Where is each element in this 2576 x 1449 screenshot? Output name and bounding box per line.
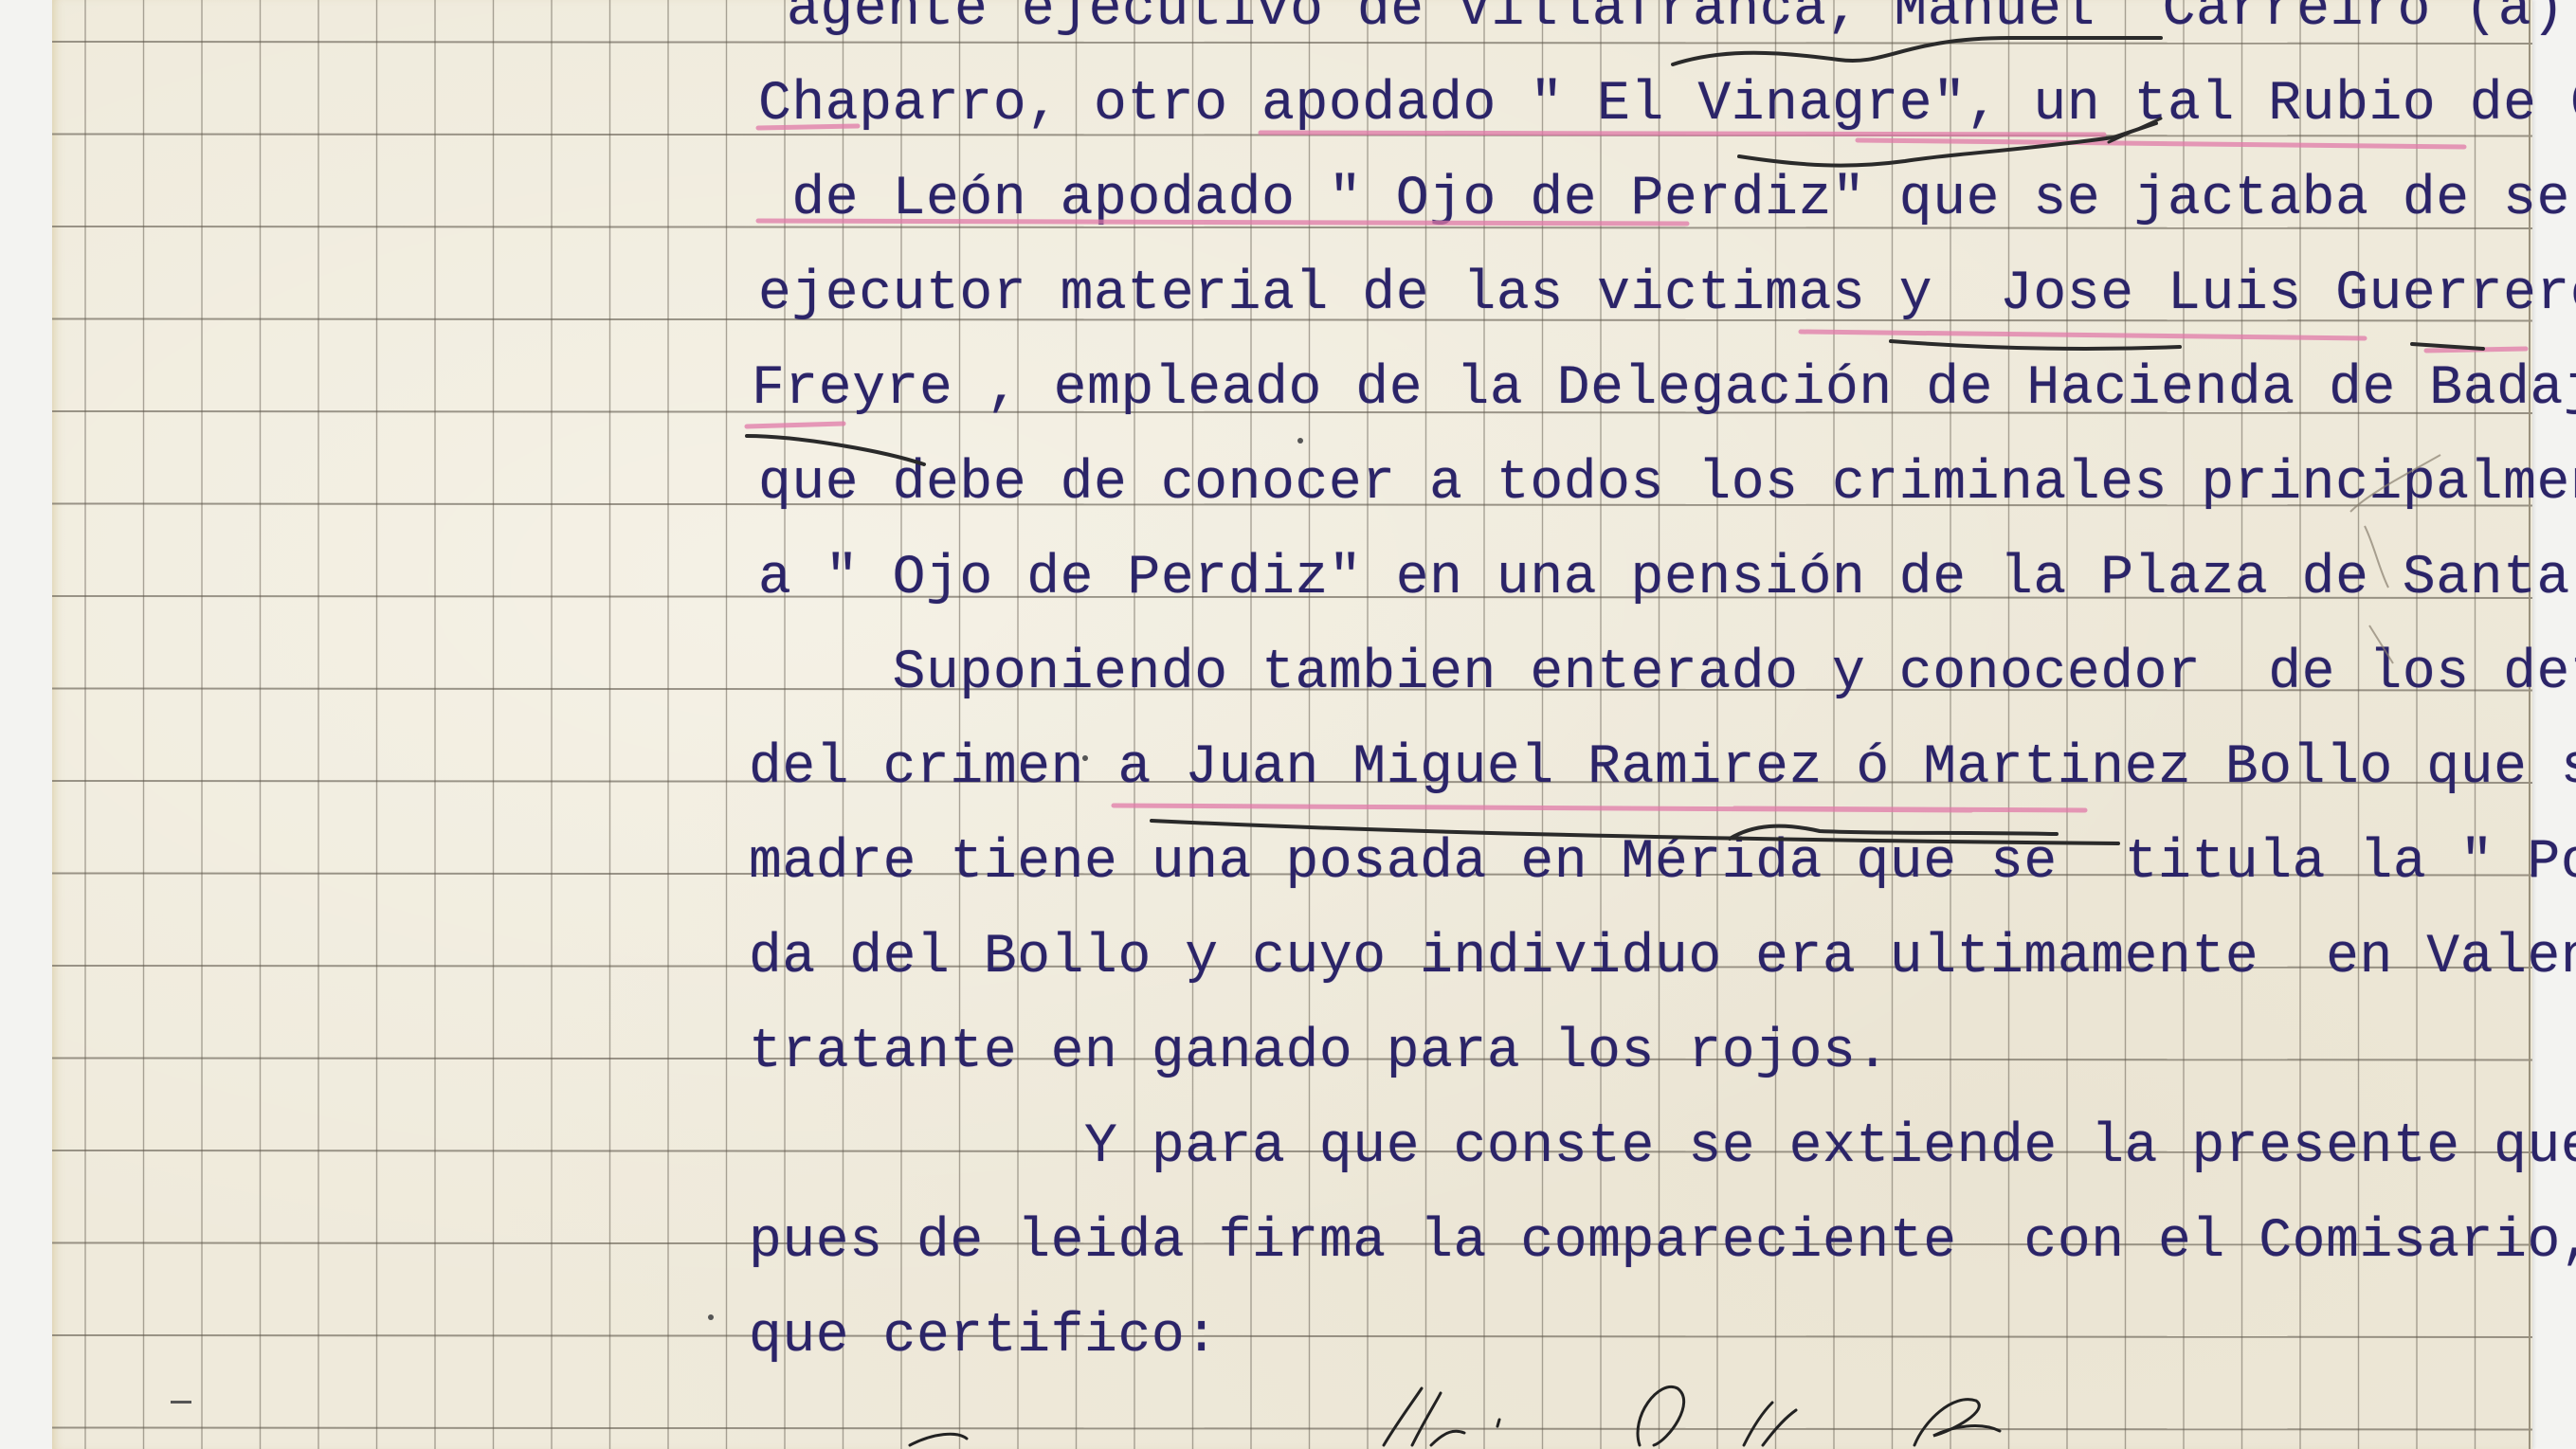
text-line: madre tiene una posada en Mérida que se … [749,832,2576,894]
text-line: Freyre , empleado de la Delegación de Ha… [752,358,2576,420]
text-line: pues de leida firma la compareciente con… [749,1211,2576,1273]
text-line: Chaparro, otro apodado " El Vinagre", un… [758,74,2576,136]
text-line: que debe de conocer a todos los criminal… [758,453,2576,515]
text-line: que certifico: [749,1306,1219,1367]
text-line: Suponiendo tambien enterado y conocedor … [758,643,2576,704]
text-line: a " Ojo de Perdiz" en una pensión de la … [758,548,2576,609]
text-line: agente ejecutivo de Villafranca, Manuel … [787,0,2576,41]
text-line: del crimen a Juan Miguel Ramirez ó Marti… [749,737,2576,799]
text-line: tratante en ganado para los rojos. [749,1022,1890,1083]
text-line: de León apodado " Ojo de Perdiz" que se … [758,169,2576,230]
text-line: ejecutor material de las victimas y Jose… [758,263,2576,325]
text-line: da del Bollo y cuyo individuo era ultima… [749,927,2576,988]
text-line: Y para que conste se extiende la present… [749,1116,2576,1178]
